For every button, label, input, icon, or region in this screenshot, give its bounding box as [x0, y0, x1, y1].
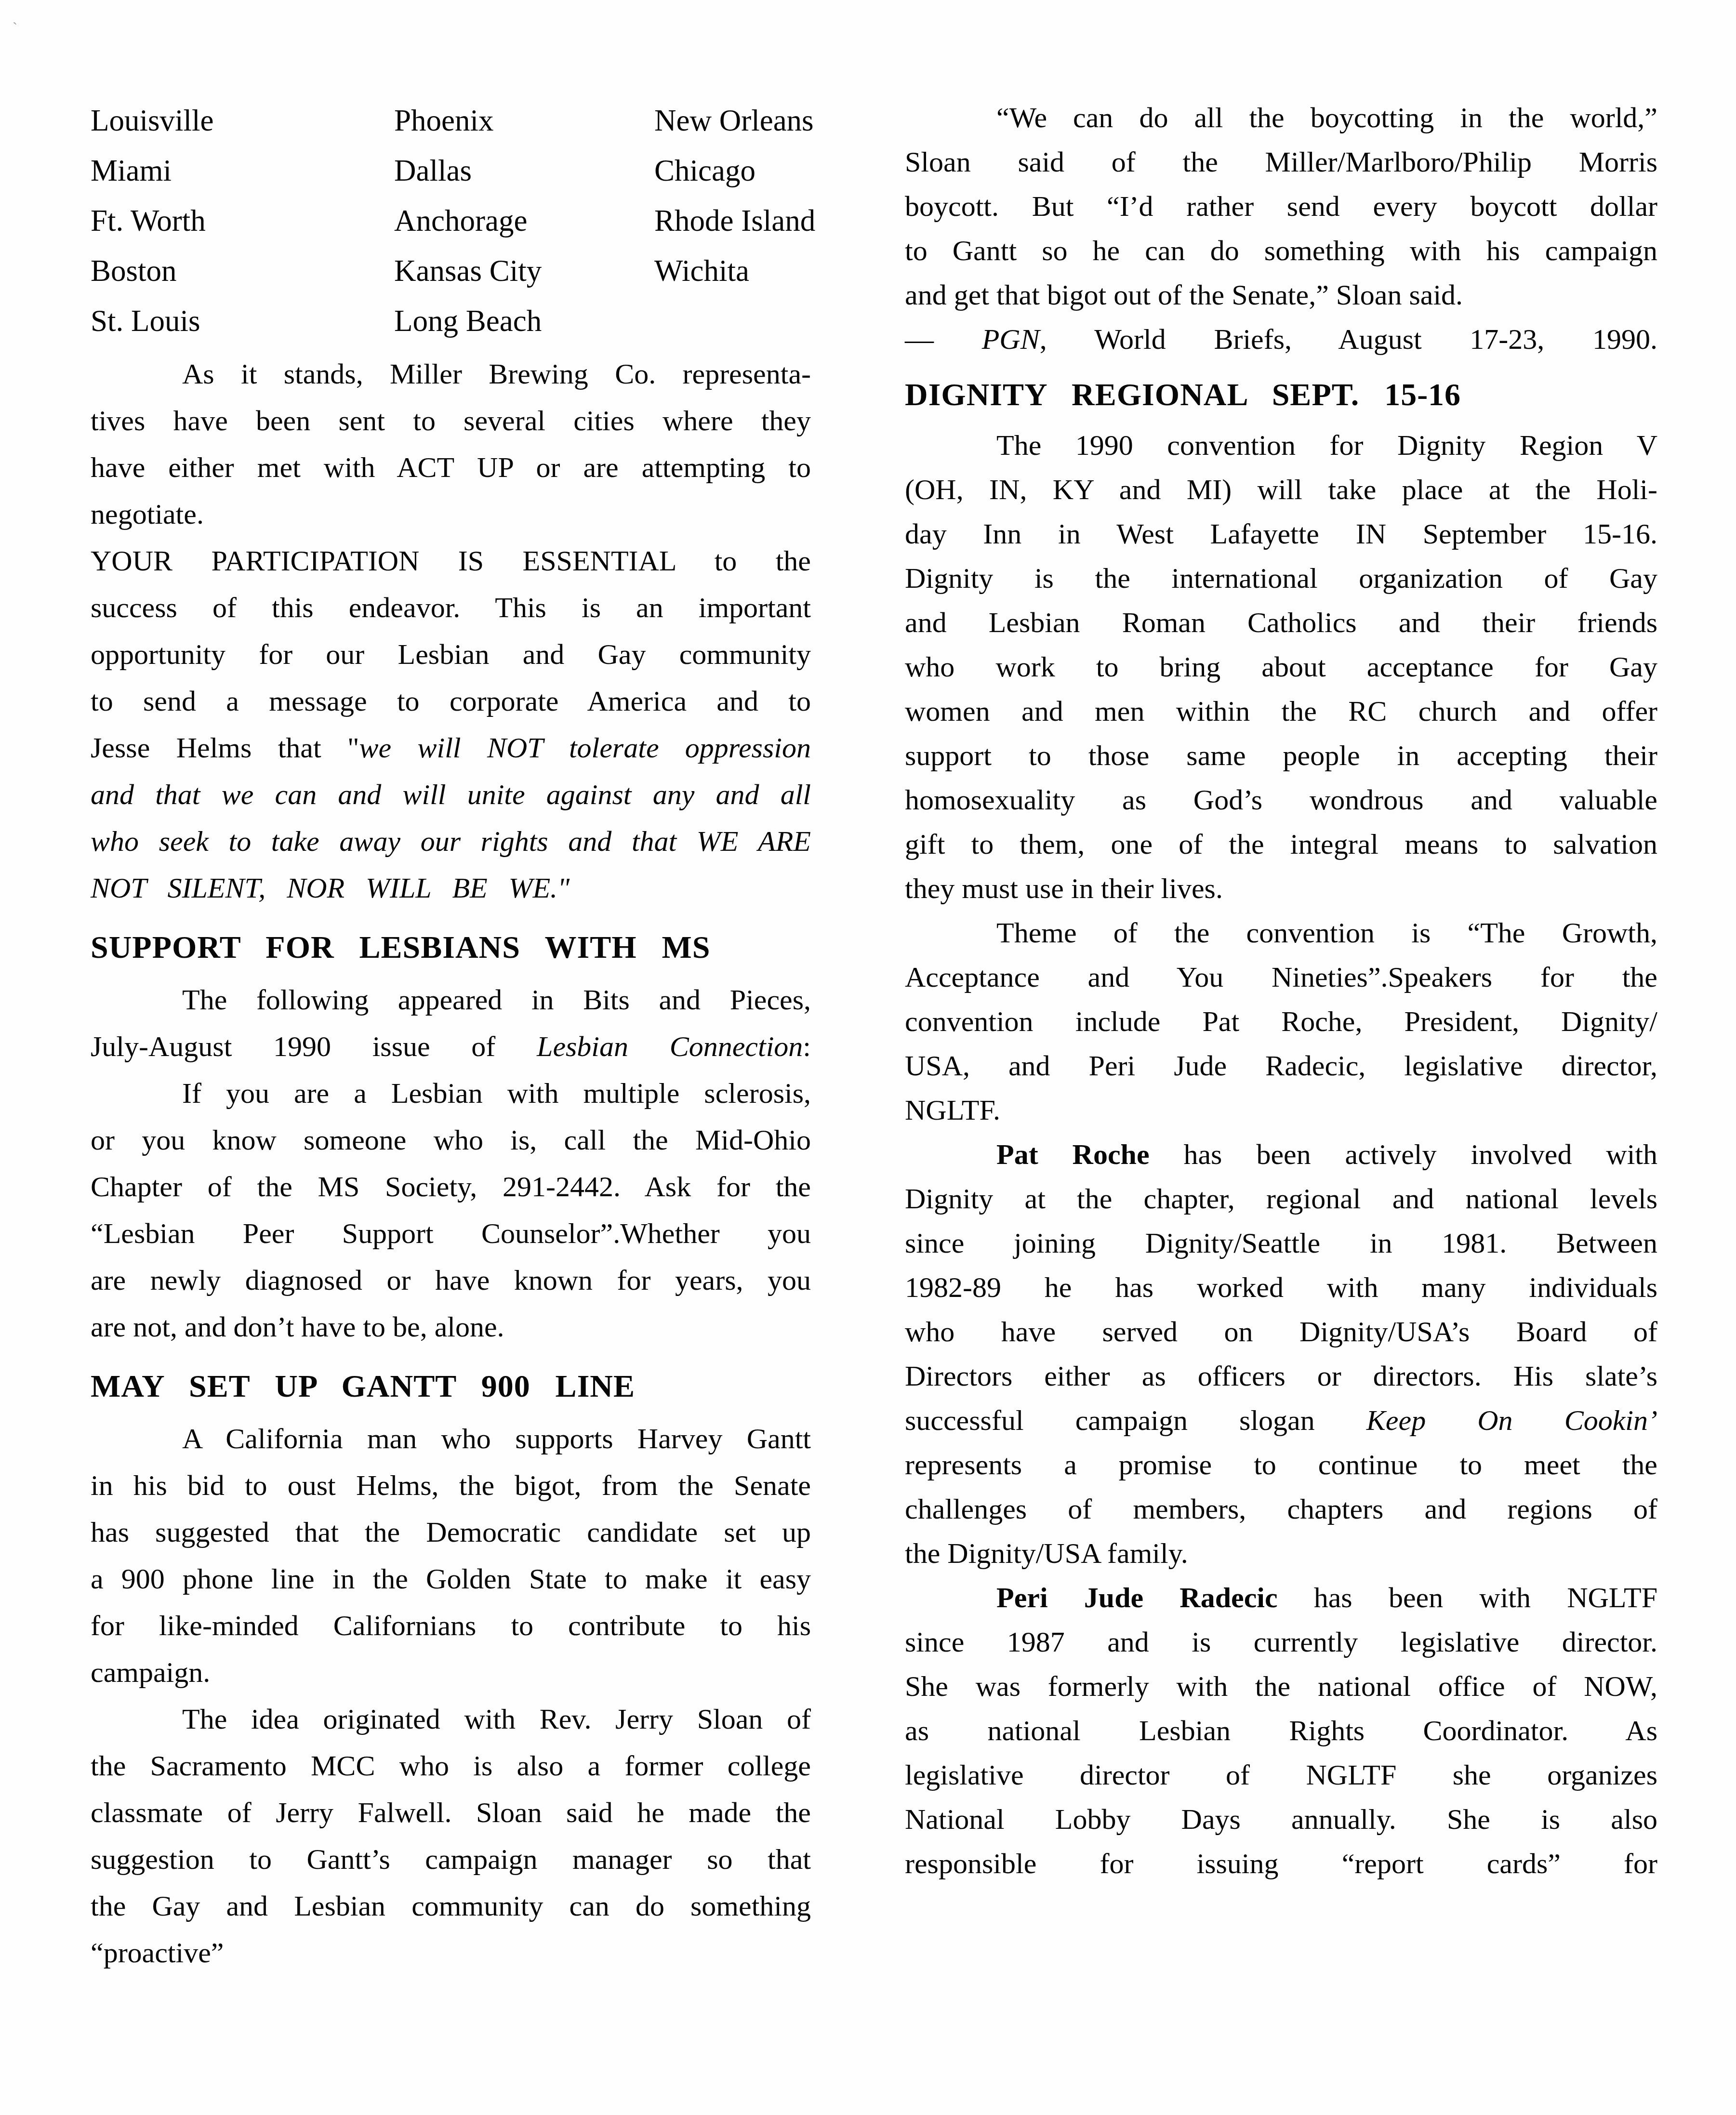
right-column: “We can do all the boycotting in the wor… — [905, 95, 1657, 1886]
text-run: “We can do all the boycotting in the wor… — [996, 102, 1657, 133]
text-line: opportunity for our Lesbian and Gay comm… — [91, 631, 811, 678]
text-line: Acceptance and You Nineties”.Speakers fo… — [905, 955, 1657, 999]
text-run: a 900 phone line in the Golden State to … — [91, 1563, 811, 1595]
text-line: NGLTF. — [905, 1088, 1657, 1132]
text-run: — — [905, 323, 982, 355]
text-run: homosexuality as God’s wondrous and valu… — [905, 784, 1657, 816]
text-run: who have served on Dignity/USA’s Board o… — [905, 1316, 1657, 1348]
text-run: A California man who supports Harvey Gan… — [182, 1423, 811, 1454]
text-run: (OH, IN, KY and MI) will take place at t… — [905, 474, 1657, 505]
city-item: Miami — [91, 145, 394, 196]
text-line: who have served on Dignity/USA’s Board o… — [905, 1309, 1657, 1354]
paragraph: As it stands, Miller Brewing Co. represe… — [91, 351, 811, 538]
text-run: Keep On Cookin’ — [1366, 1404, 1657, 1436]
text-line: the Gay and Lesbian community can do som… — [91, 1883, 811, 1930]
text-run: opportunity for our Lesbian and Gay comm… — [91, 638, 811, 670]
text-run: success of this endeavor. This is an imp… — [91, 592, 811, 623]
text-run: to Gantt so he can do something with his… — [905, 235, 1657, 266]
text-run: 1982-89 he has worked with many individu… — [905, 1271, 1657, 1303]
text-run: and that we can and will unite against a… — [91, 779, 811, 810]
paragraph: Peri Jude Radecic has been with NGLTFsin… — [905, 1575, 1657, 1886]
text-run: : — [803, 1031, 811, 1062]
text-run: July-August 1990 issue of — [91, 1031, 537, 1062]
text-run: Peri Jude Radecic — [996, 1582, 1278, 1613]
text-run: NGLTF. — [905, 1094, 1000, 1126]
text-run: Pat Roche — [996, 1138, 1150, 1170]
text-run: represents a promise to continue to meet… — [905, 1449, 1657, 1480]
text-line: have either met with ACT UP or are attem… — [91, 444, 811, 491]
text-run: The following appeared in Bits and Piece… — [182, 984, 811, 1016]
text-line: support to those same people in acceptin… — [905, 733, 1657, 778]
text-line: success of this endeavor. This is an imp… — [91, 584, 811, 631]
text-run: As it stands, Miller Brewing Co. represe… — [182, 358, 811, 390]
text-run: and Lesbian Roman Catholics and their fr… — [905, 607, 1657, 638]
text-line: As it stands, Miller Brewing Co. represe… — [91, 351, 811, 397]
city-list: LouisvillePhoenixNew OrleansMiamiDallasC… — [91, 95, 811, 346]
text-run: NOT SILENT, NOR WILL BE WE." — [91, 872, 570, 904]
section-heading: MAY SET UP GANTT 900 LINE — [91, 1363, 811, 1410]
text-run: Lesbian Connection — [537, 1031, 803, 1062]
text-run: since joining Dignity/Seattle in 1981. B… — [905, 1227, 1657, 1259]
right-column-text: “We can do all the boycotting in the wor… — [905, 95, 1657, 1886]
text-run: convention include Pat Roche, President,… — [905, 1005, 1657, 1037]
text-line: day Inn in West Lafayette IN September 1… — [905, 512, 1657, 556]
text-line: negotiate. — [91, 491, 811, 538]
text-line: She was formerly with the national offic… — [905, 1664, 1657, 1708]
text-line: and Lesbian Roman Catholics and their fr… — [905, 600, 1657, 645]
text-line: since joining Dignity/Seattle in 1981. B… — [905, 1221, 1657, 1265]
text-run: successful campaign slogan — [905, 1404, 1366, 1436]
paragraph: The 1990 convention for Dignity Region V… — [905, 423, 1657, 911]
text-line: legislative director of NGLTF she organi… — [905, 1753, 1657, 1797]
text-run: “Lesbian Peer Support Counselor”.Whether… — [91, 1217, 811, 1249]
text-line: NOT SILENT, NOR WILL BE WE." — [91, 865, 811, 912]
text-line: responsible for issuing “report cards” f… — [905, 1841, 1657, 1886]
text-line: Peri Jude Radecic has been with NGLTF — [905, 1575, 1657, 1620]
text-line: USA, and Peri Jude Radecic, legislative … — [905, 1044, 1657, 1088]
text-line: and that we can and will unite against a… — [91, 771, 811, 818]
text-line: gift to them, one of the integral means … — [905, 822, 1657, 866]
text-line: represents a promise to continue to meet… — [905, 1442, 1657, 1487]
text-line: are not, and don’t have to be, alone. — [91, 1304, 811, 1350]
text-run: women and men within the RC church and o… — [905, 695, 1657, 727]
text-run: the Sacramento MCC who is also a former … — [91, 1750, 811, 1782]
text-line: — PGN, World Briefs, August 17-23, 1990. — [905, 317, 1657, 361]
city-item: Chicago — [654, 145, 815, 196]
text-line: Jesse Helms that "we will NOT tolerate o… — [91, 725, 811, 771]
text-run: responsible for issuing “report cards” f… — [905, 1848, 1657, 1879]
text-line: A California man who supports Harvey Gan… — [91, 1415, 811, 1462]
text-line: Dignity is the international organizatio… — [905, 556, 1657, 600]
text-run: Directors either as officers or director… — [905, 1360, 1657, 1392]
text-line: has suggested that the Democratic candid… — [91, 1509, 811, 1556]
text-line: convention include Pat Roche, President,… — [905, 999, 1657, 1044]
city-item: Long Beach — [394, 296, 654, 346]
text-run: legislative director of NGLTF she organi… — [905, 1759, 1657, 1791]
text-line: campaign. — [91, 1649, 811, 1696]
city-item: Rhode Island — [654, 196, 815, 246]
city-item: Ft. Worth — [91, 196, 394, 246]
text-run: The 1990 convention for Dignity Region V — [996, 429, 1657, 461]
city-item: Dallas — [394, 145, 654, 196]
text-run: gift to them, one of the integral means … — [905, 828, 1657, 860]
text-line: are newly diagnosed or have known for ye… — [91, 1257, 811, 1304]
text-line: who work to bring about acceptance for G… — [905, 645, 1657, 689]
city-item: Phoenix — [394, 95, 654, 145]
text-run: the Gay and Lesbian community can do som… — [91, 1890, 811, 1922]
text-run: or you know someone who is, call the Mid… — [91, 1124, 811, 1156]
text-run: who seek to take away our rights and tha… — [91, 825, 811, 857]
text-line: tives have been sent to several cities w… — [91, 397, 811, 444]
city-item: Louisville — [91, 95, 394, 145]
text-line: National Lobby Days annually. She is als… — [905, 1797, 1657, 1841]
text-line: in his bid to oust Helms, the bigot, fro… — [91, 1462, 811, 1509]
paragraph: The idea originated with Rev. Jerry Sloa… — [91, 1696, 811, 1976]
city-item: New Orleans — [654, 95, 815, 145]
text-run: the Dignity/USA family. — [905, 1537, 1188, 1569]
text-line: “proactive” — [91, 1930, 811, 1976]
paragraph: If you are a Lesbian with multiple scler… — [91, 1070, 811, 1350]
text-run: National Lobby Days annually. She is als… — [905, 1803, 1657, 1835]
text-line: homosexuality as God’s wondrous and valu… — [905, 778, 1657, 822]
text-line: Chapter of the MS Society, 291-2442. Ask… — [91, 1163, 811, 1210]
text-line: Sloan said of the Miller/Marlboro/Philip… — [905, 140, 1657, 184]
text-line: The 1990 convention for Dignity Region V — [905, 423, 1657, 467]
text-run: “proactive” — [91, 1937, 224, 1969]
text-line: July-August 1990 issue of Lesbian Connec… — [91, 1023, 811, 1070]
paragraph: — PGN, World Briefs, August 17-23, 1990. — [905, 317, 1657, 361]
text-line: the Sacramento MCC who is also a former … — [91, 1743, 811, 1789]
text-run: Chapter of the MS Society, 291-2442. Ask… — [91, 1171, 811, 1203]
text-run: as national Lesbian Rights Coordinator. … — [905, 1715, 1657, 1746]
text-line: “We can do all the boycotting in the wor… — [905, 95, 1657, 140]
paragraph: A California man who supports Harvey Gan… — [91, 1415, 811, 1696]
city-item: St. Louis — [91, 296, 394, 346]
text-run: Dignity at the chapter, regional and nat… — [905, 1183, 1657, 1215]
text-line: to Gantt so he can do something with his… — [905, 228, 1657, 273]
text-line: they must use in their lives. — [905, 866, 1657, 911]
paragraph: YOUR PARTICIPATION IS ESSENTIAL to thesu… — [91, 538, 811, 912]
text-run: classmate of Jerry Falwell. Sloan said h… — [91, 1797, 811, 1828]
text-line: as national Lesbian Rights Coordinator. … — [905, 1708, 1657, 1753]
paragraph: Theme of the convention is “The Growth,A… — [905, 911, 1657, 1132]
text-line: the Dignity/USA family. — [905, 1531, 1657, 1575]
text-line: The following appeared in Bits and Piece… — [91, 977, 811, 1023]
text-run: have either met with ACT UP or are attem… — [91, 451, 811, 483]
left-column: LouisvillePhoenixNew OrleansMiamiDallasC… — [91, 95, 811, 1976]
text-run: day Inn in West Lafayette IN September 1… — [905, 518, 1657, 550]
text-line: since 1987 and is currently legislative … — [905, 1620, 1657, 1664]
city-item-empty — [654, 296, 815, 346]
left-column-text: As it stands, Miller Brewing Co. represe… — [91, 351, 811, 1976]
text-run: challenges of members, chapters and regi… — [905, 1493, 1657, 1525]
text-line: Pat Roche has been actively involved wit… — [905, 1132, 1657, 1176]
text-run: , World Briefs, August 17-23, 1990. — [1040, 323, 1657, 355]
text-line: to send a message to corporate America a… — [91, 678, 811, 725]
text-run: and get that bigot out of the Senate,” S… — [905, 279, 1463, 311]
text-run: support to those same people in acceptin… — [905, 740, 1657, 771]
text-run: She was formerly with the national offic… — [905, 1670, 1657, 1702]
text-line: suggestion to Gantt’s campaign manager s… — [91, 1836, 811, 1883]
text-line: successful campaign slogan Keep On Cooki… — [905, 1398, 1657, 1442]
text-run: who work to bring about acceptance for G… — [905, 651, 1657, 683]
city-item: Kansas City — [394, 246, 654, 296]
text-run: for like-minded Californians to contribu… — [91, 1610, 811, 1641]
text-run: to send a message to corporate America a… — [91, 685, 811, 717]
newsletter-page: ˎ LouisvillePhoenixNew OrleansMiamiDalla… — [0, 0, 1736, 2115]
section-heading: DIGNITY REGIONAL SEPT. 15-16 — [905, 373, 1657, 417]
section-heading: SUPPORT FOR LESBIANS WITH MS — [91, 924, 811, 971]
text-line: “Lesbian Peer Support Counselor”.Whether… — [91, 1210, 811, 1257]
text-line: who seek to take away our rights and tha… — [91, 818, 811, 865]
text-run: YOUR PARTICIPATION IS ESSENTIAL to the — [91, 545, 811, 577]
text-run: PGN — [982, 323, 1040, 355]
text-run: negotiate. — [91, 498, 204, 530]
text-run: has been with NGLTF — [1278, 1582, 1657, 1613]
scan-artifact-speck: ˎ — [13, 13, 19, 21]
text-line: and get that bigot out of the Senate,” S… — [905, 273, 1657, 317]
text-run: we will NOT tolerate oppression — [359, 732, 811, 764]
text-line: boycott. But “I’d rather send every boyc… — [905, 184, 1657, 228]
text-line: a 900 phone line in the Golden State to … — [91, 1556, 811, 1602]
text-line: Directors either as officers or director… — [905, 1354, 1657, 1398]
text-line: Theme of the convention is “The Growth, — [905, 911, 1657, 955]
text-run: has suggested that the Democratic candid… — [91, 1516, 811, 1548]
text-run: are newly diagnosed or have known for ye… — [91, 1264, 811, 1296]
text-run: they must use in their lives. — [905, 872, 1223, 904]
city-item: Wichita — [654, 246, 815, 296]
paragraph: “We can do all the boycotting in the wor… — [905, 95, 1657, 317]
text-line: Dignity at the chapter, regional and nat… — [905, 1176, 1657, 1221]
text-run: Sloan said of the Miller/Marlboro/Philip… — [905, 146, 1657, 178]
text-line: challenges of members, chapters and regi… — [905, 1487, 1657, 1531]
city-item: Anchorage — [394, 196, 654, 246]
text-line: classmate of Jerry Falwell. Sloan said h… — [91, 1789, 811, 1836]
text-run: campaign. — [91, 1656, 210, 1688]
text-run: boycott. But “I’d rather send every boyc… — [905, 190, 1657, 222]
city-item: Boston — [91, 246, 394, 296]
text-run: Dignity is the international organizatio… — [905, 562, 1657, 594]
text-run: suggestion to Gantt’s campaign manager s… — [91, 1843, 811, 1875]
text-run: Jesse Helms that " — [91, 732, 359, 764]
text-run: Theme of the convention is “The Growth, — [996, 917, 1657, 949]
text-line: The idea originated with Rev. Jerry Sloa… — [91, 1696, 811, 1743]
text-run: has been actively involved with — [1150, 1138, 1657, 1170]
text-run: since 1987 and is currently legislative … — [905, 1626, 1657, 1658]
text-line: for like-minded Californians to contribu… — [91, 1602, 811, 1649]
text-line: (OH, IN, KY and MI) will take place at t… — [905, 467, 1657, 512]
text-run: Acceptance and You Nineties”.Speakers fo… — [905, 961, 1657, 993]
text-run: in his bid to oust Helms, the bigot, fro… — [91, 1469, 811, 1501]
paragraph: The following appeared in Bits and Piece… — [91, 977, 811, 1070]
paragraph: Pat Roche has been actively involved wit… — [905, 1132, 1657, 1575]
text-line: If you are a Lesbian with multiple scler… — [91, 1070, 811, 1117]
text-run: USA, and Peri Jude Radecic, legislative … — [905, 1050, 1657, 1082]
text-line: women and men within the RC church and o… — [905, 689, 1657, 733]
text-run: The idea originated with Rev. Jerry Sloa… — [182, 1703, 811, 1735]
text-line: 1982-89 he has worked with many individu… — [905, 1265, 1657, 1309]
text-run: tives have been sent to several cities w… — [91, 405, 811, 436]
text-run: If you are a Lesbian with multiple scler… — [182, 1077, 811, 1109]
text-line: YOUR PARTICIPATION IS ESSENTIAL to the — [91, 538, 811, 584]
text-run: are not, and don’t have to be, alone. — [91, 1311, 504, 1343]
text-line: or you know someone who is, call the Mid… — [91, 1117, 811, 1163]
